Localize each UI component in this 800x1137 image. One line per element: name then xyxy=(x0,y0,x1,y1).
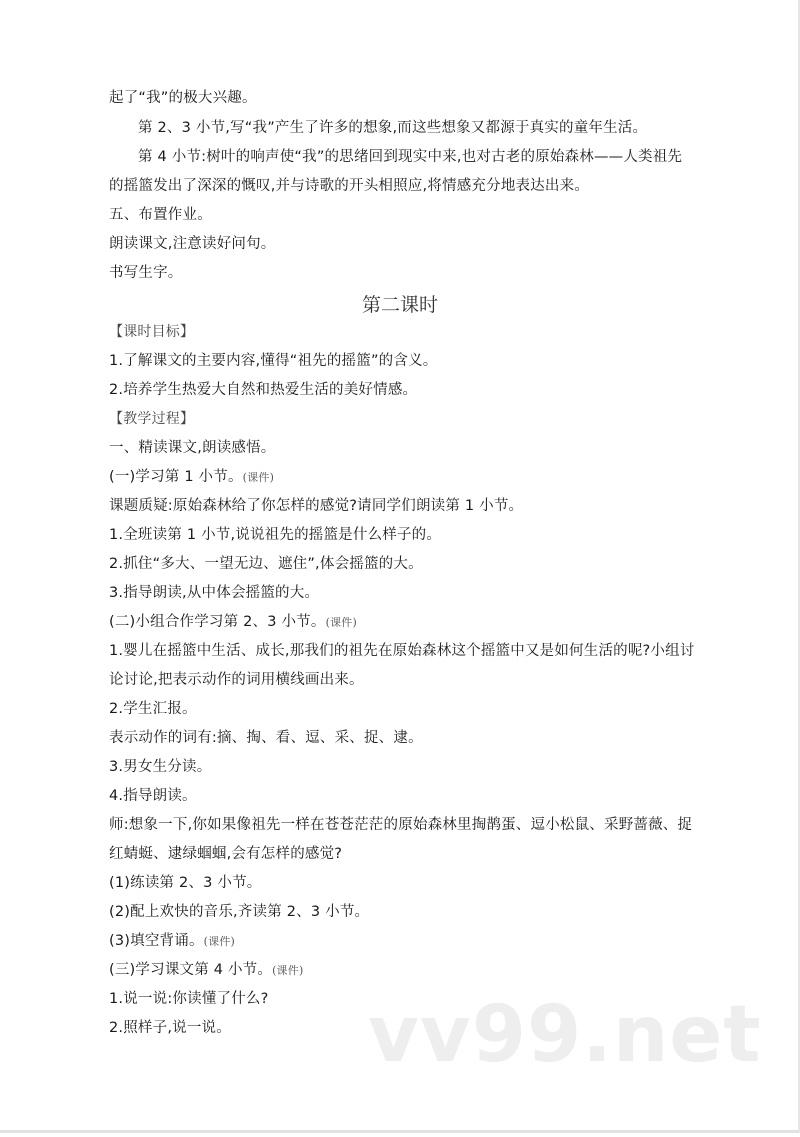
step-line: (3)填空背诵。(课件) xyxy=(109,931,235,952)
step-heading: (一)学习第 1 小节。(课件) xyxy=(109,467,274,488)
paragraph-line: 3.指导朗读,从中体会摇篮的大。 xyxy=(109,583,319,603)
paragraph-line: 师:想象一下,你如果像祖先一样在苍苍茫茫的原始森林里掏鹊蛋、逗小松鼠、采野蔷薇、… xyxy=(109,815,692,835)
paragraph-line: 4.指导朗读。 xyxy=(109,786,197,806)
paragraph-line: (2)配上欢快的音乐,齐读第 2、3 小节。 xyxy=(109,902,369,922)
paragraph-line: 的摇篮发出了深深的慨叹,并与诗歌的开头相照应,将情感充分地表达出来。 xyxy=(109,176,589,196)
paragraph-line: 论讨论,把表示动作的词用横线画出来。 xyxy=(109,670,364,690)
paragraph-line: 起了“我”的极大兴趣。 xyxy=(109,88,257,108)
goal-item: 1.了解课文的主要内容,懂得“祖先的摇篮”的含义。 xyxy=(109,351,437,371)
courseware-note: (课件) xyxy=(204,935,235,948)
paragraph-line: 第 2、3 小节,写“我”产生了许多的想象,而这些想象又都源于真实的童年生活。 xyxy=(138,118,647,138)
paragraph-line: 2.照样子,说一说。 xyxy=(109,1018,231,1038)
subheading-lesson-goals: 【课时目标】 xyxy=(109,322,194,342)
courseware-note: (课件) xyxy=(326,616,357,629)
step-text: (一)学习第 1 小节。 xyxy=(109,469,243,485)
section-title: 第二课时 xyxy=(0,290,800,317)
step-text: (二)小组合作学习第 2、3 小节。 xyxy=(109,614,326,630)
step-heading: (三)学习课文第 4 小节。(课件) xyxy=(109,960,303,981)
document-page: 起了“我”的极大兴趣。 第 2、3 小节,写“我”产生了许多的想象,而这些想象又… xyxy=(0,0,800,1133)
courseware-note: (课件) xyxy=(272,964,303,977)
paragraph-line: (1)练读第 2、3 小节。 xyxy=(109,873,262,893)
courseware-note: (课件) xyxy=(243,471,274,484)
paragraph-line: 书写生字。 xyxy=(109,263,183,283)
paragraph-line: 表示动作的词有:摘、掏、看、逗、采、捉、逮。 xyxy=(109,728,423,748)
watermark: vv99.net xyxy=(368,990,762,1080)
paragraph-line: 红蜻蜓、逮绿蝈蝈,会有怎样的感觉? xyxy=(109,844,342,864)
section-heading: 一、精读课文,朗读感悟。 xyxy=(109,438,276,458)
paragraph-line: 1.婴儿在摇篮中生活、成长,那我们的祖先在原始森林这个摇篮中又是如何生活的呢?小… xyxy=(109,641,695,661)
step-text: (3)填空背诵。 xyxy=(109,933,204,949)
section-heading-homework: 五、布置作业。 xyxy=(109,205,212,225)
paragraph-line: 课题质疑:原始森林给了你怎样的感觉?请同学们朗读第 1 小节。 xyxy=(109,496,523,516)
paragraph-line: 2.抓住“多大、一望无边、遮住”,体会摇篮的大。 xyxy=(109,554,423,574)
subheading-teaching-process: 【教学过程】 xyxy=(109,409,194,429)
paragraph-line: 第 4 小节:树叶的响声使“我”的思绪回到现实中来,也对古老的原始森林——人类祖… xyxy=(138,147,682,167)
step-heading: (二)小组合作学习第 2、3 小节。(课件) xyxy=(109,612,357,633)
goal-item: 2.培养学生热爱大自然和热爱生活的美好情感。 xyxy=(109,380,417,400)
paragraph-line: 3.男女生分读。 xyxy=(109,757,211,777)
paragraph-line: 2.学生汇报。 xyxy=(109,699,197,719)
paragraph-line: 朗读课文,注意读好问句。 xyxy=(109,234,276,254)
step-text: (三)学习课文第 4 小节。 xyxy=(109,962,272,978)
paragraph-line: 1.说一说:你读懂了什么? xyxy=(109,989,269,1009)
paragraph-line: 1.全班读第 1 小节,说说祖先的摇篮是什么样子的。 xyxy=(109,525,441,545)
